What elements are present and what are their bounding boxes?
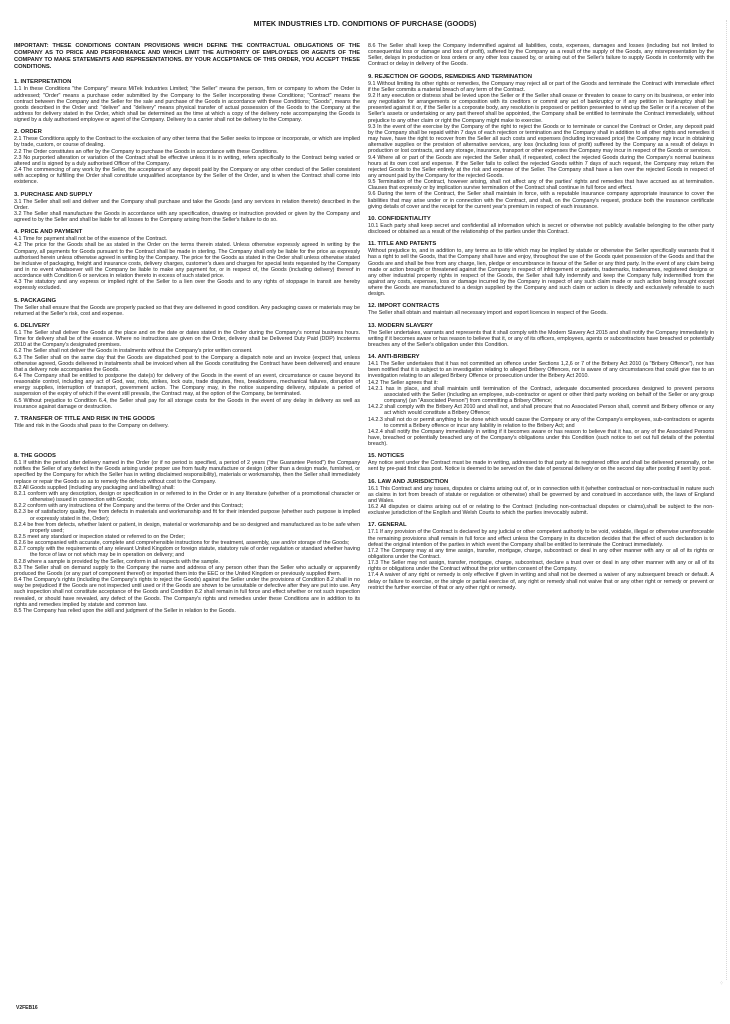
clause-4-2: 4.2 The price for the Goods shall be as … (14, 242, 360, 279)
clause-14-2-2: 14.2.2 shall comply with the Bribery Act… (368, 404, 714, 416)
clause-17-3: 17.3 The Seller may not assign, transfer… (368, 560, 714, 572)
clause-5: The Seller shall ensure that the Goods a… (14, 305, 360, 317)
clause-3-1: 3.1 The Seller shall sell and deliver an… (14, 199, 360, 211)
section-heading: 8. THE GOODS (14, 453, 360, 460)
section-import-contracts: 12. IMPORT CONTRACTS The Seller shall ob… (368, 303, 714, 316)
section-confidentiality: 10. CONFIDENTIALITY 10.1 Each party shal… (368, 216, 714, 235)
section-price-payment: 4. PRICE AND PAYMENT 4.1 Time for paymen… (14, 229, 360, 291)
clause-14-2-1: 14.2.1 has in place, and shall maintain … (368, 386, 714, 404)
clause-12: The Seller shall obtain and maintain all… (368, 310, 714, 316)
clause-14-2-4: 14.2.4 shall notify the Company immediat… (368, 429, 714, 447)
section-heading: 13. MODERN SLAVERY (368, 323, 714, 330)
clause-9-5: 9.5 Termination of the Contract, however… (368, 179, 714, 191)
clause-8-1: 8.1 If within the period after delivery … (14, 460, 360, 485)
page-title: MITEK INDUSTRIES LTD. CONDITIONS OF PURC… (0, 19, 730, 28)
section-heading: 6. DELIVERY (14, 323, 360, 330)
clause-6-5: 6.5 Without prejudice to Condition 6.4, … (14, 398, 360, 410)
section-packaging: 5. PACKAGING The Seller shall ensure tha… (14, 298, 360, 317)
clause-11: Without prejudice to, and in addition to… (368, 248, 714, 297)
spacer (14, 435, 360, 451)
section-heading: 11. TITLE AND PATENTS (368, 241, 714, 248)
clause-16-1: 16.1 This Contract and any issues, dispu… (368, 486, 714, 504)
section-heading: 1. INTERPRETATION (14, 79, 360, 86)
clause-8-6: 8.6 The Seller shall keep the Company in… (368, 43, 714, 68)
section-purchase-supply: 3. PURCHASE AND SUPPLY 3.1 The Seller sh… (14, 192, 360, 224)
clause-8-3: 8.3 The Seller shall on demand supply to… (14, 565, 360, 577)
section-heading: 15. NOTICES (368, 453, 714, 460)
right-column: 8.6 The Seller shall keep the Company in… (368, 43, 714, 597)
section-heading: 5. PACKAGING (14, 298, 360, 305)
scan-edge-artifact (726, 20, 727, 980)
clause-6-3: 6.3 The Seller shall on the same day tha… (14, 355, 360, 373)
section-interpretation: 1. INTERPRETATION 1.1 In these Condition… (14, 79, 360, 123)
clause-1-1: 1.1 In these Conditions "the Company" me… (14, 86, 360, 123)
section-delivery: 6. DELIVERY 6.1 The Seller shall deliver… (14, 323, 360, 410)
section-the-goods-cont: 8.6 The Seller shall keep the Company in… (368, 43, 714, 68)
section-heading: 12. IMPORT CONTRACTS (368, 303, 714, 310)
clause-9-2: 9.2 If any execution or distress shall b… (368, 93, 714, 124)
clause-17-2: 17.2 The Company may at any time assign,… (368, 548, 714, 560)
clause-6-1: 6.1 The Seller shall deliver the Goods a… (14, 330, 360, 348)
clause-2-1: 2.1 These Conditions apply to the Contra… (14, 136, 360, 148)
scan-edge-mark: ⁘ (719, 980, 724, 987)
clause-6-4: 6.4 The Company shall be entitled to pos… (14, 373, 360, 398)
left-column: IMPORTANT: THESE CONDITIONS CONTAIN PROV… (14, 43, 360, 620)
section-heading: 2. ORDER (14, 129, 360, 136)
clause-7: Title and risk in the Goods shall pass t… (14, 423, 360, 429)
section-heading: 14. ANTI-BRIBERY (368, 354, 714, 361)
section-general: 17. GENERAL 17.1 If any provision of the… (368, 522, 714, 591)
clause-14-1: 14.1 The Seller undertakes that it has n… (368, 361, 714, 379)
section-transfer-title: 7. TRANSFER OF TITLE AND RISK IN THE GOO… (14, 416, 360, 429)
section-heading: 17. GENERAL (368, 522, 714, 529)
clause-13: The Seller undertakes, warrants and repr… (368, 330, 714, 348)
clause-8-2-4: 8.2.4 be free from defects, whether late… (14, 522, 360, 534)
section-modern-slavery: 13. MODERN SLAVERY The Seller undertakes… (368, 323, 714, 348)
document-version-code: V2FEB16 (16, 1005, 38, 1011)
clause-4-3: 4.3 The statutory and any express or imp… (14, 279, 360, 291)
clause-9-1: 9.1 Without limiting its other rights or… (368, 81, 714, 93)
section-rejection: 9. REJECTION OF GOODS, REMEDIES AND TERM… (368, 74, 714, 210)
clause-9-6: 9.6 During the term of the Contract, the… (368, 191, 714, 209)
section-law-jurisdiction: 16. LAW AND JURISDICTION 16.1 This Contr… (368, 479, 714, 517)
clause-8-2-1: 8.2.1 conform with any description, desi… (14, 491, 360, 503)
important-notice: IMPORTANT: THESE CONDITIONS CONTAIN PROV… (14, 43, 360, 71)
section-heading: 3. PURCHASE AND SUPPLY (14, 192, 360, 199)
section-heading: 4. PRICE AND PAYMENT (14, 229, 360, 236)
clause-17-1: 17.1 If any provision of the Contract is… (368, 529, 714, 547)
clause-3-2: 3.2 The Seller shall manufacture the Goo… (14, 211, 360, 223)
section-notices: 15. NOTICES Any notice sent under the Co… (368, 453, 714, 472)
section-title-patents: 11. TITLE AND PATENTS Without prejudice … (368, 241, 714, 297)
section-the-goods: 8. THE GOODS 8.1 If within the period af… (14, 453, 360, 614)
clause-8-4: 8.4 The Company's rights (including the … (14, 577, 360, 608)
section-heading: 9. REJECTION OF GOODS, REMEDIES AND TERM… (368, 74, 714, 81)
section-anti-bribery: 14. ANTI-BRIBERY 14.1 The Seller underta… (368, 354, 714, 447)
clause-15: Any notice sent under the Contract must … (368, 460, 714, 472)
section-heading: 10. CONFIDENTIALITY (368, 216, 714, 223)
clause-9-4: 9.4 Where all or part of the Goods are r… (368, 155, 714, 180)
clause-16-2: 16.2 All disputes or claims arising out … (368, 504, 714, 516)
clause-2-3: 2.3 No purported alteration or variation… (14, 155, 360, 167)
clause-8-5: 8.5 The Company has relied upon the skil… (14, 608, 360, 614)
clause-8-2-7: 8.2.7 comply with the requirements of an… (14, 546, 360, 558)
clause-10-1: 10.1 Each party shall keep secret and co… (368, 223, 714, 235)
section-order: 2. ORDER 2.1 These Conditions apply to t… (14, 129, 360, 185)
section-heading: 16. LAW AND JURISDICTION (368, 479, 714, 486)
clause-14-2-3: 14.2.3 shall not do or permit anything t… (368, 417, 714, 429)
clause-2-4: 2.4 The commencing of any work by the Se… (14, 167, 360, 185)
clause-9-3: 9.3 In the event of the exercise by the … (368, 124, 714, 155)
clause-8-2-3: 8.2.3 be of satisfactory quality, free f… (14, 509, 360, 521)
section-heading: 7. TRANSFER OF TITLE AND RISK IN THE GOO… (14, 416, 360, 423)
clause-17-4: 17.4 A waiver of any right or remedy is … (368, 572, 714, 590)
